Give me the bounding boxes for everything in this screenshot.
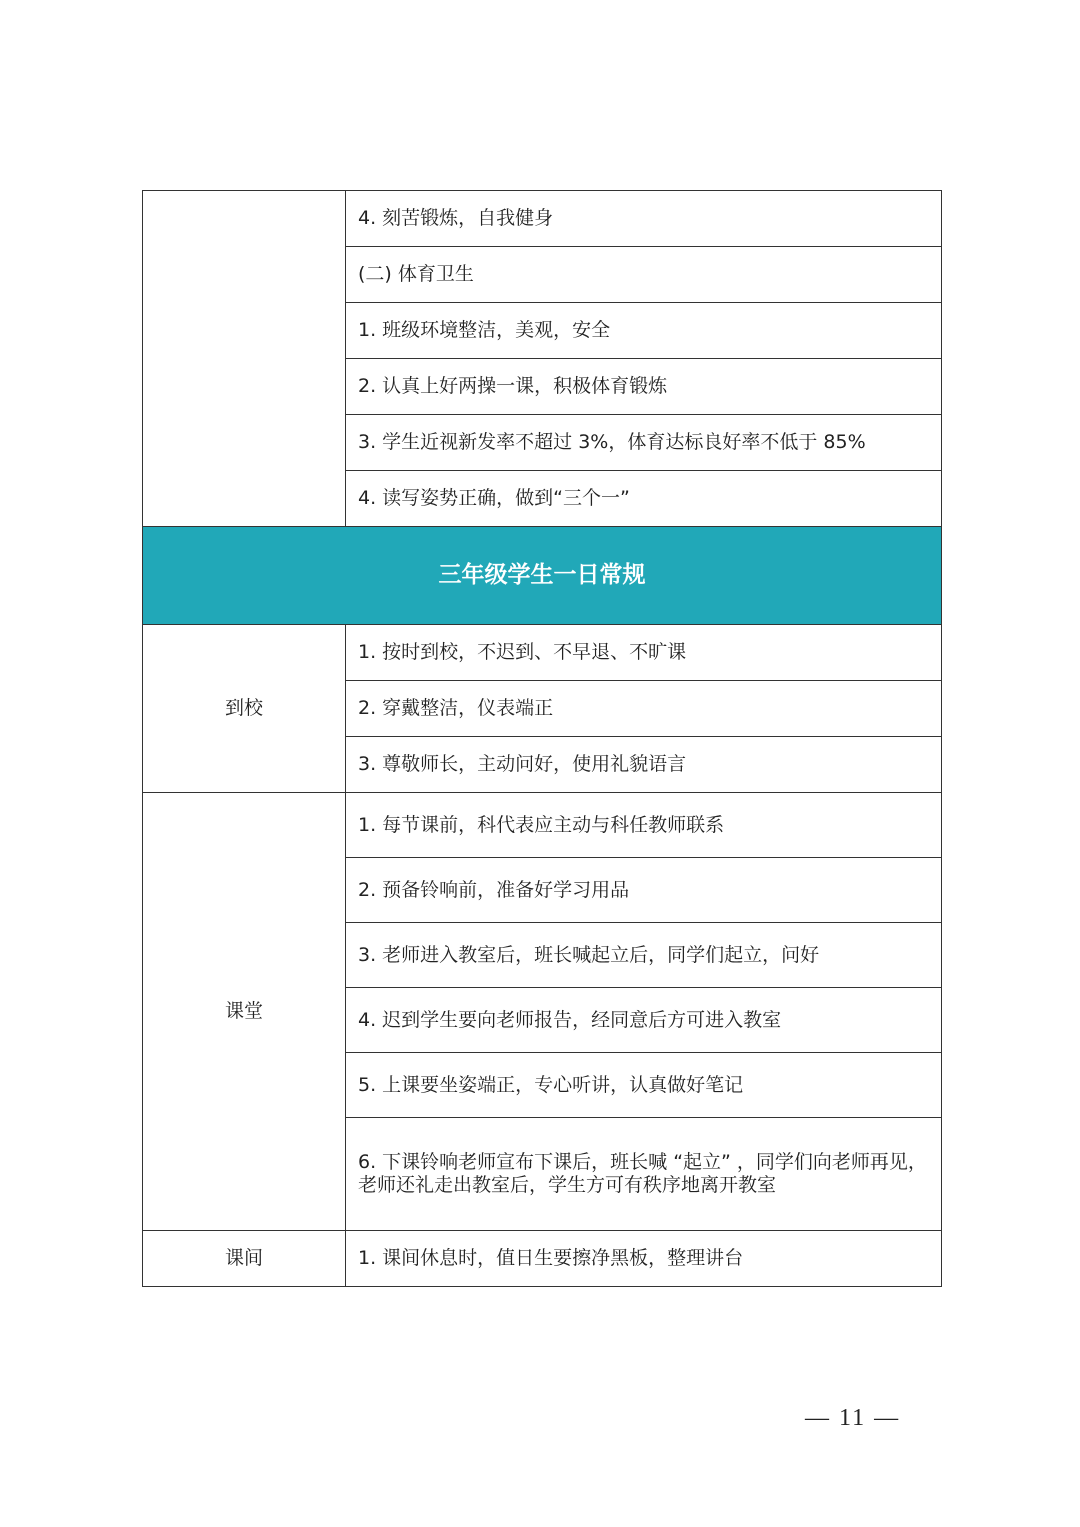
rule-item: 1. 课间休息时，值日生要擦净黑板，整理讲台 (346, 1231, 942, 1287)
rule-item: 2. 穿戴整洁，仪表端正 (346, 681, 942, 737)
category-classroom: 课堂 (143, 793, 346, 1231)
rule-item: 1. 按时到校，不迟到、不早退、不旷课 (346, 625, 942, 681)
rule-item: 1. 每节课前，科代表应主动与科任教师联系 (346, 793, 942, 858)
rule-item: 4. 读写姿势正确，做到“三个一” (346, 471, 942, 527)
rules-table: 4. 刻苦锻炼，自我健身 (二) 体育卫生 1. 班级环境整洁，美观，安全 2.… (142, 190, 942, 1287)
category-break: 课间 (143, 1231, 346, 1287)
rule-item: 3. 尊敬师长，主动问好，使用礼貌语言 (346, 737, 942, 793)
rule-item: 3. 学生近视新发率不超过 3%，体育达标良好率不低于 85% (346, 415, 942, 471)
rule-item: 6. 下课铃响老师宣布下课后，班长喊 “起立” ，同学们向老师再见，老师还礼走出… (346, 1118, 942, 1231)
rule-item: 2. 预备铃响前，准备好学习用品 (346, 858, 942, 923)
category-cell-empty (143, 191, 346, 527)
page-number: — 11 — (805, 1405, 900, 1432)
rule-item: 4. 刻苦锻炼，自我健身 (346, 191, 942, 247)
rule-item: 4. 迟到学生要向老师报告，经同意后方可进入教室 (346, 988, 942, 1053)
category-arrival: 到校 (143, 625, 346, 793)
rule-subheading: (二) 体育卫生 (346, 247, 942, 303)
rule-item: 2. 认真上好两操一课，积极体育锻炼 (346, 359, 942, 415)
rule-item: 5. 上课要坐姿端正，专心听讲，认真做好笔记 (346, 1053, 942, 1118)
section-header: 三年级学生一日常规 (143, 527, 942, 625)
rule-item: 1. 班级环境整洁，美观，安全 (346, 303, 942, 359)
rule-item: 3. 老师进入教室后，班长喊起立后，同学们起立，问好 (346, 923, 942, 988)
